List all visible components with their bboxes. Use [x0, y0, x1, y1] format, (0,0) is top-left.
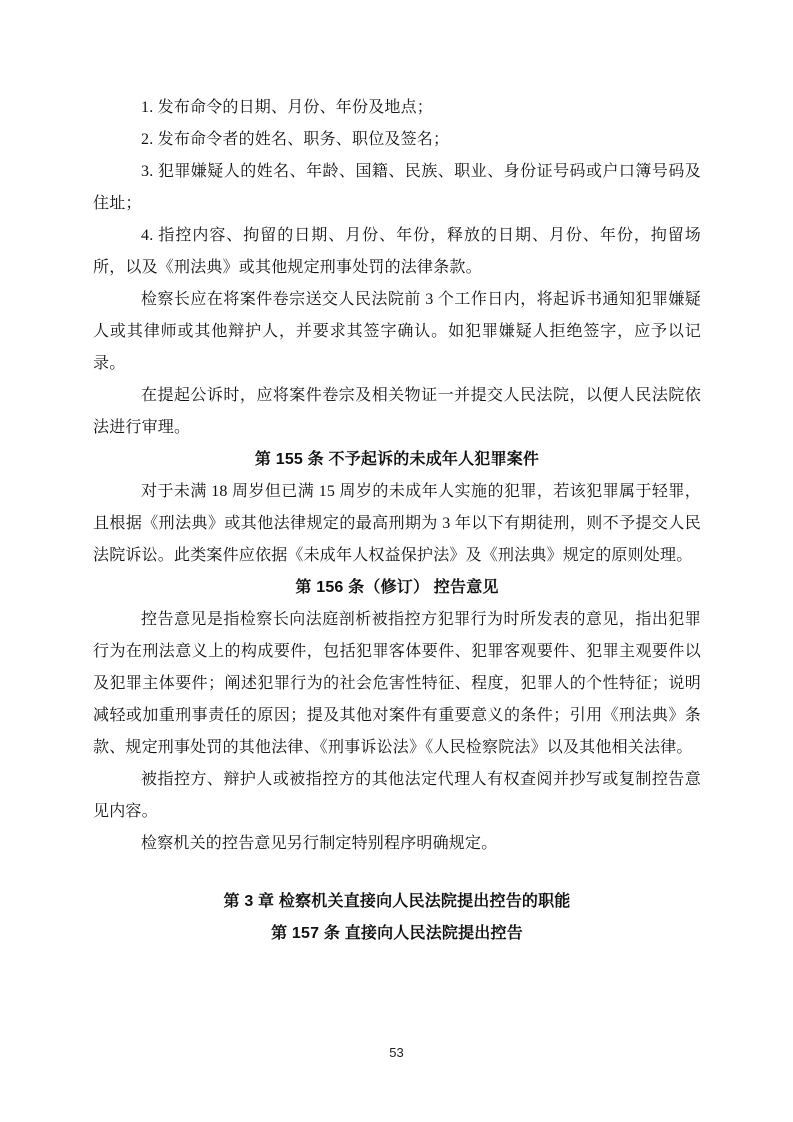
- article-156-paragraph-3: 检察机关的控告意见另行制定特别程序明确规定。: [93, 828, 701, 860]
- document-page: 1. 发布命令的日期、月份、年份及地点； 2. 发布命令者的姓名、职务、职位及签…: [0, 0, 793, 1122]
- article-156-paragraph-1: 控告意见是指检察长向法庭剖析被指控方犯罪行为时所发表的意见，指出犯罪行为在刑法意…: [93, 604, 701, 764]
- page-number: 53: [0, 1045, 793, 1060]
- list-item-4: 4. 指控内容、拘留的日期、月份、年份，释放的日期、月份、年份，拘留场所，以及《…: [93, 220, 701, 284]
- paragraph-case-file-submission: 在提起公诉时，应将案件卷宗及相关物证一并提交人民法院，以便人民法院依法进行审理。: [93, 380, 701, 444]
- article-155-paragraph: 对于未满 18 周岁但已满 15 周岁的未成年人实施的犯罪，若该犯罪属于轻罪，且…: [93, 476, 701, 572]
- list-item-1: 1. 发布命令的日期、月份、年份及地点；: [93, 92, 701, 124]
- paragraph-indictment-notice: 检察长应在将案件卷宗送交人民法院前 3 个工作日内，将起诉书通知犯罪嫌疑人或其律…: [93, 284, 701, 380]
- list-item-3: 3. 犯罪嫌疑人的姓名、年龄、国籍、民族、职业、身份证号码或户口簿号码及住址；: [93, 156, 701, 220]
- article-156-paragraph-2: 被指控方、辩护人或被指控方的其他法定代理人有权查阅并抄写或复制控告意见内容。: [93, 764, 701, 828]
- article-156-heading: 第 156 条（修订） 控告意见: [93, 572, 701, 604]
- list-item-2: 2. 发布命令者的姓名、职务、职位及签名；: [93, 124, 701, 156]
- article-155-heading: 第 155 条 不予起诉的未成年人犯罪案件: [93, 444, 701, 476]
- chapter-3-heading: 第 3 章 检察机关直接向人民法院提出控告的职能: [93, 886, 701, 918]
- article-157-heading: 第 157 条 直接向人民法院提出控告: [93, 918, 701, 950]
